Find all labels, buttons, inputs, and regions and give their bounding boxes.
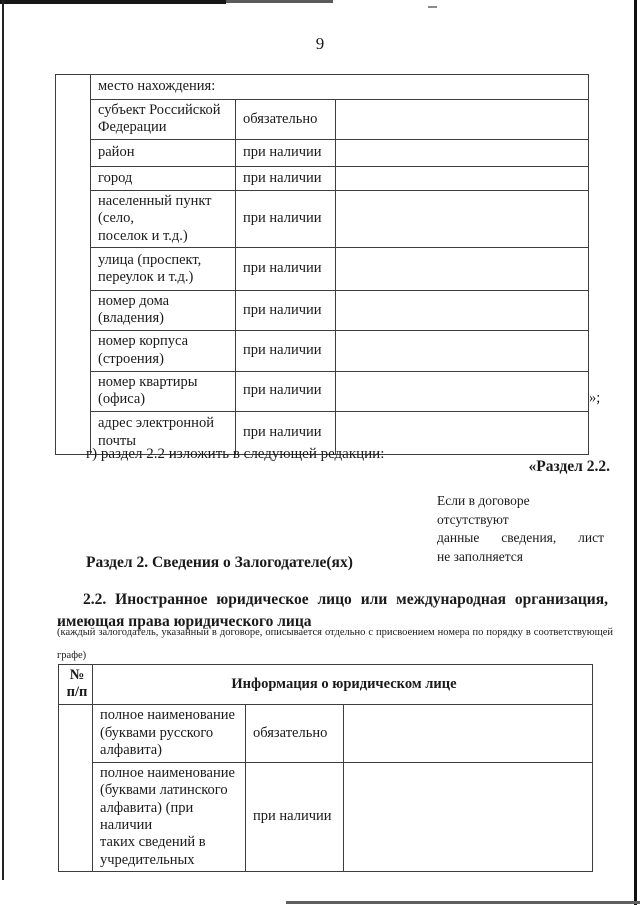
field-label-cell: номер корпуса (строения) [91,330,236,371]
value-cell [336,190,589,247]
value-cell [336,100,589,140]
field-label-cell: улица (проспект, переулок и т.д.) [91,247,236,290]
note-line: не заполняется [437,548,604,567]
scan-edge-top-black [0,0,226,4]
requirement-cell: при наличии [236,290,336,330]
requirement-cell: при наличии [236,139,336,166]
note-line: Если в договоре отсутствуют [437,492,604,529]
value-cell [336,290,589,330]
field-label-cell: населенный пункт (село, поселок и т.д.) [91,190,236,247]
field-label-cell: город [91,166,236,190]
subsection-heading-line: 2.2. Иностранное юридическое лицо или ме… [57,589,608,611]
requirement-cell: при наличии [236,371,336,411]
legal-entity-table: № п/п Информация о юридическом лице полн… [58,664,593,872]
value-cell [336,247,589,290]
value-cell [344,762,593,871]
row-number-column [59,704,93,871]
footnote-line: графе) [57,650,613,662]
section-heading: Раздел 2. Сведения о Залогодателе(ях) [86,554,353,572]
closing-quote-mark: »; [589,390,600,407]
value-cell [336,166,589,190]
section-row-label: место нахождения: [91,75,589,100]
value-cell [344,704,593,762]
scan-edge-bottom [286,901,640,904]
row-number-column [56,75,91,455]
number-column-header: № п/п [59,665,93,705]
location-table: место нахождения: субъект Российской Фед… [55,74,589,455]
scan-edge-left [2,0,4,880]
value-cell [336,330,589,371]
table-header: Информация о юридическом лице [93,665,593,705]
note-line: данные сведения, лист [437,529,604,548]
value-cell [336,371,589,411]
requirement-cell: при наличии [236,247,336,290]
field-label-cell: номер дома (владения) [91,290,236,330]
requirement-cell: при наличии [236,330,336,371]
requirement-cell: обязательно [236,100,336,140]
footnote: (каждый залогодатель, указанный в догово… [57,627,613,662]
scan-edge-top-grey [226,0,333,3]
scan-edge-right [634,0,637,905]
section-reference: «Раздел 2.2. [380,458,610,476]
page-number: 9 [0,34,640,54]
field-label-cell: полное наименование (буквами русского ал… [93,704,246,762]
footnote-line: (каждый залогодатель, указанный в догово… [57,627,613,639]
field-label-cell: номер квартиры (офиса) [91,371,236,411]
requirement-cell: при наличии [236,166,336,190]
requirement-cell: при наличии [236,190,336,247]
amendment-intro: г) раздел 2.2 изложить в следующей редак… [86,446,384,463]
field-label-cell: полное наименование (буквами латинского … [93,762,246,871]
requirement-cell: обязательно [246,704,344,762]
field-label-cell: субъект Российской Федерации [91,100,236,140]
field-label-cell: район [91,139,236,166]
scan-speck-top [428,6,437,8]
value-cell [336,139,589,166]
note-block: Если в договоре отсутствуют данные сведе… [437,492,604,566]
requirement-cell: при наличии [246,762,344,871]
